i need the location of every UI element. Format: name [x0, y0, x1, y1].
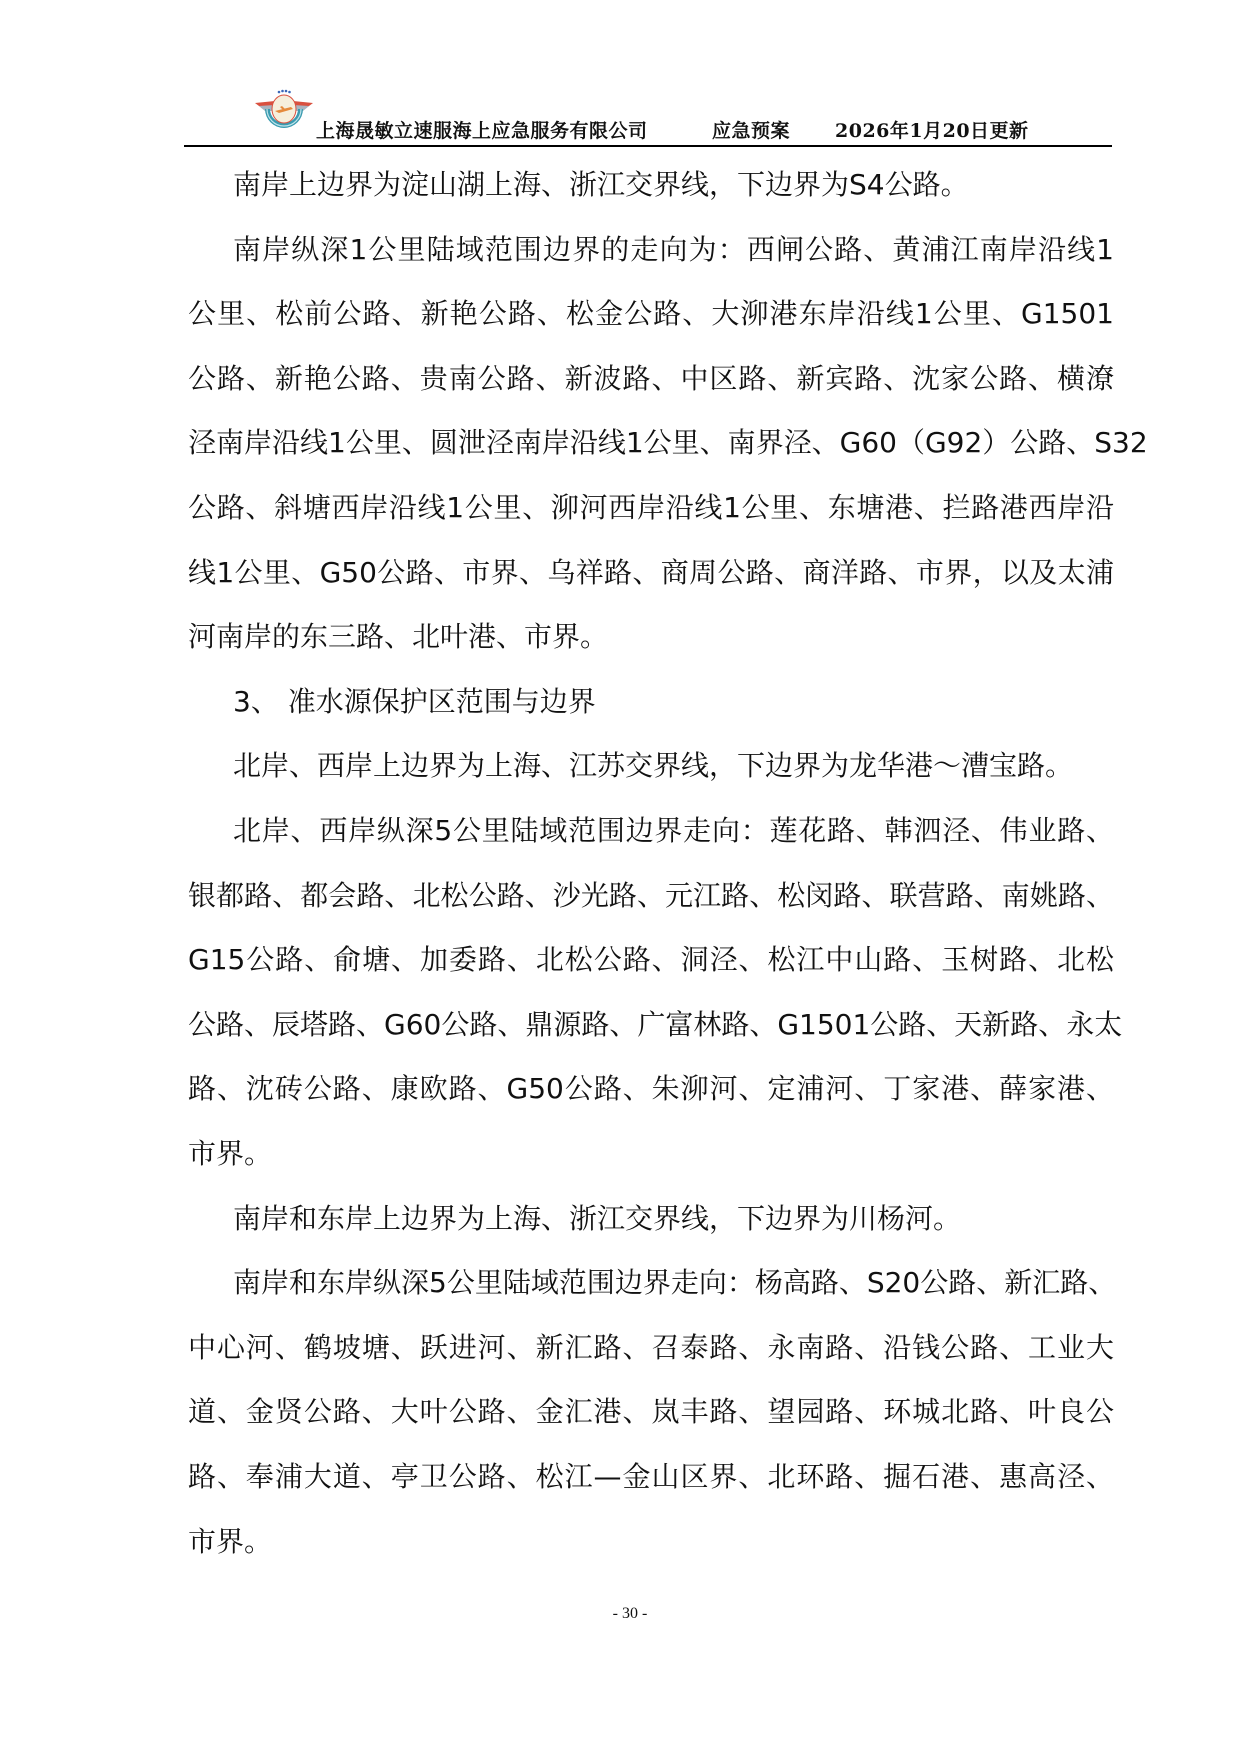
- body-line: 南岸上边界为淀山湖上海、浙江交界线，下边界为S4公路。: [233, 168, 1114, 202]
- header-document-type: 应急预案: [712, 119, 790, 143]
- body-line: 3、 准水源保护区范围与边界: [233, 685, 1114, 719]
- body-line: 泾南岸沿线1公里、圆泄泾南岸沿线1公里、南界泾、G60（G92）公路、S32: [188, 426, 1114, 460]
- page-number: - 30 -: [560, 1603, 700, 1625]
- body-line: 南岸和东岸上边界为上海、浙江交界线，下边界为川杨河。: [233, 1202, 1114, 1236]
- body-line: 道、金贤公路、大叶公路、金汇港、岚丰路、望园路、环城北路、叶良公: [188, 1395, 1114, 1429]
- header-update-date: 2026年1月20日更新: [835, 119, 1029, 143]
- body-line: 公里、松前公路、新艳公路、松金公路、大泖港东岸沿线1公里、G1501: [188, 297, 1114, 331]
- company-logo-icon: [255, 89, 313, 139]
- body-line: G15公路、俞塘、加委路、北松公路、洞泾、松江中山路、玉树路、北松: [188, 943, 1114, 977]
- header-company-name: 上海晟敏立速服海上应急服务有限公司: [316, 119, 672, 143]
- header-divider: [184, 145, 1112, 147]
- body-line: 路、奉浦大道、亭卫公路、松江—金山区界、北环路、掘石港、惠高泾、: [188, 1460, 1114, 1494]
- body-line: 公路、斜塘西岸沿线1公里、泖河西岸沿线1公里、东塘港、拦路港西岸沿: [188, 491, 1114, 525]
- body-line: 南岸纵深1公里陆域范围边界的走向为：西闸公路、黄浦江南岸沿线1: [233, 233, 1114, 267]
- body-line: 中心河、鹤坡塘、跃进河、新汇路、召泰路、永南路、沿钱公路、工业大: [188, 1331, 1114, 1365]
- body-line: 市界。: [188, 1525, 1114, 1559]
- document-page: 上海晟敏立速服海上应急服务有限公司 应急预案 2026年1月20日更新 南岸上边…: [0, 0, 1241, 1754]
- body-line: 市界。: [188, 1137, 1114, 1171]
- body-line: 公路、新艳公路、贵南公路、新波路、中区路、新宾路、沈家公路、横潦: [188, 362, 1114, 396]
- body-line: 公路、辰塔路、G60公路、鼎源路、广富林路、G1501公路、天新路、永太: [188, 1008, 1114, 1042]
- body-line: 线1公里、G50公路、市界、乌祥路、商周公路、商洋路、市界，以及太浦: [188, 556, 1114, 590]
- body-line: 北岸、西岸上边界为上海、江苏交界线，下边界为龙华港～漕宝路。: [233, 749, 1114, 783]
- body-line: 路、沈砖公路、康欧路、G50公路、朱泖河、定浦河、丁家港、薛家港、: [188, 1072, 1114, 1106]
- body-line: 河南岸的东三路、北叶港、市界。: [188, 620, 1114, 654]
- body-line: 北岸、西岸纵深5公里陆域范围边界走向：莲花路、韩泗泾、伟业路、: [233, 814, 1114, 848]
- body-line: 南岸和东岸纵深5公里陆域范围边界走向：杨高路、S20公路、新汇路、: [233, 1266, 1114, 1300]
- body-line: 银都路、都会路、北松公路、沙光路、元江路、松闵路、联营路、南姚路、: [188, 879, 1114, 913]
